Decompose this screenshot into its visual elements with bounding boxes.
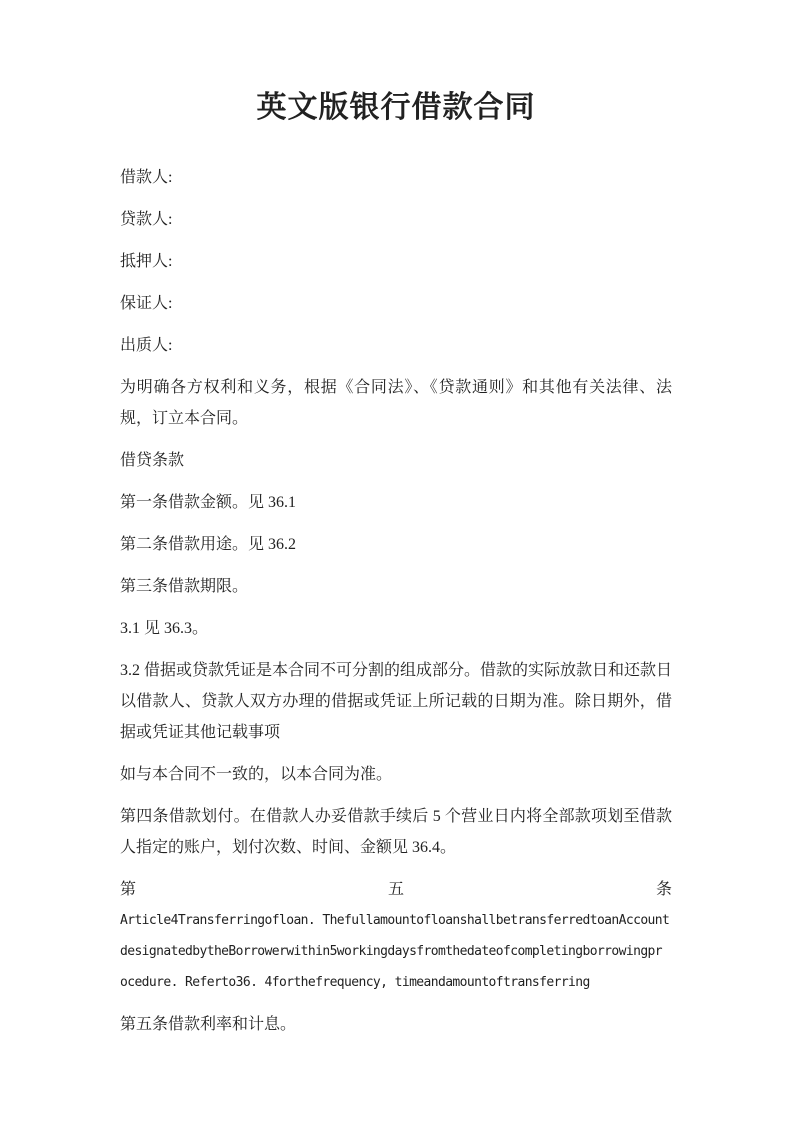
article-1-loan-amount: 第一条借款金额。见 36.1 — [120, 487, 672, 518]
party-line-guarantor: 保证人: — [120, 288, 672, 319]
party-line-borrower: 借款人: — [120, 162, 672, 193]
article-5-english-line-2: designatedbytheBorrowerwithin5workingday… — [120, 936, 672, 967]
party-line-lender: 贷款人: — [120, 204, 672, 235]
contract-document-page: 英文版银行借款合同 借款人: 贷款人: 抵押人: 保证人: 出质人: 为明确各方… — [0, 0, 793, 1122]
section-heading-loan-terms: 借贷条款 — [120, 445, 672, 476]
article-5-interest-rate: 第五条借款利率和计息。 — [120, 1009, 672, 1040]
article-3-loan-term: 第三条借款期限。 — [120, 571, 672, 602]
article-5-heading-char-2: 五 — [388, 874, 404, 905]
clause-3-2: 3.2 借据或贷款凭证是本合同不可分割的组成部分。借款的实际放款日和还款日以借款… — [120, 655, 672, 748]
article-5-spread-heading: 第 五 条 — [120, 874, 672, 905]
document-title: 英文版银行借款合同 — [120, 90, 672, 126]
clause-3-1: 3.1 见 36.3。 — [120, 613, 672, 644]
article-5-heading-char-3: 条 — [656, 874, 672, 905]
article-4-loan-transfer: 第四条借款划付。在借款人办妥借款手续后 5 个营业日内将全部款项划至借款人指定的… — [120, 801, 672, 863]
article-5-heading-char-1: 第 — [120, 874, 136, 905]
article-5-english-block: 第 五 条 Article4Transferringofloan. Theful… — [120, 874, 672, 998]
preamble-paragraph: 为明确各方权利和义务，根据《合同法》、《贷款通则》和其他有关法律、法规，订立本合… — [120, 372, 672, 434]
article-5-english-line-3: ocedure. Referto36. 4forthefrequency, ti… — [120, 967, 672, 998]
party-line-pledgor: 出质人: — [120, 330, 672, 361]
article-5-english-line-1: Article4Transferringofloan. Thefullamoun… — [120, 905, 672, 936]
article-2-loan-purpose: 第二条借款用途。见 36.2 — [120, 529, 672, 560]
clause-3-2-continuation: 如与本合同不一致的，以本合同为准。 — [120, 759, 672, 790]
party-line-mortgagor: 抵押人: — [120, 246, 672, 277]
